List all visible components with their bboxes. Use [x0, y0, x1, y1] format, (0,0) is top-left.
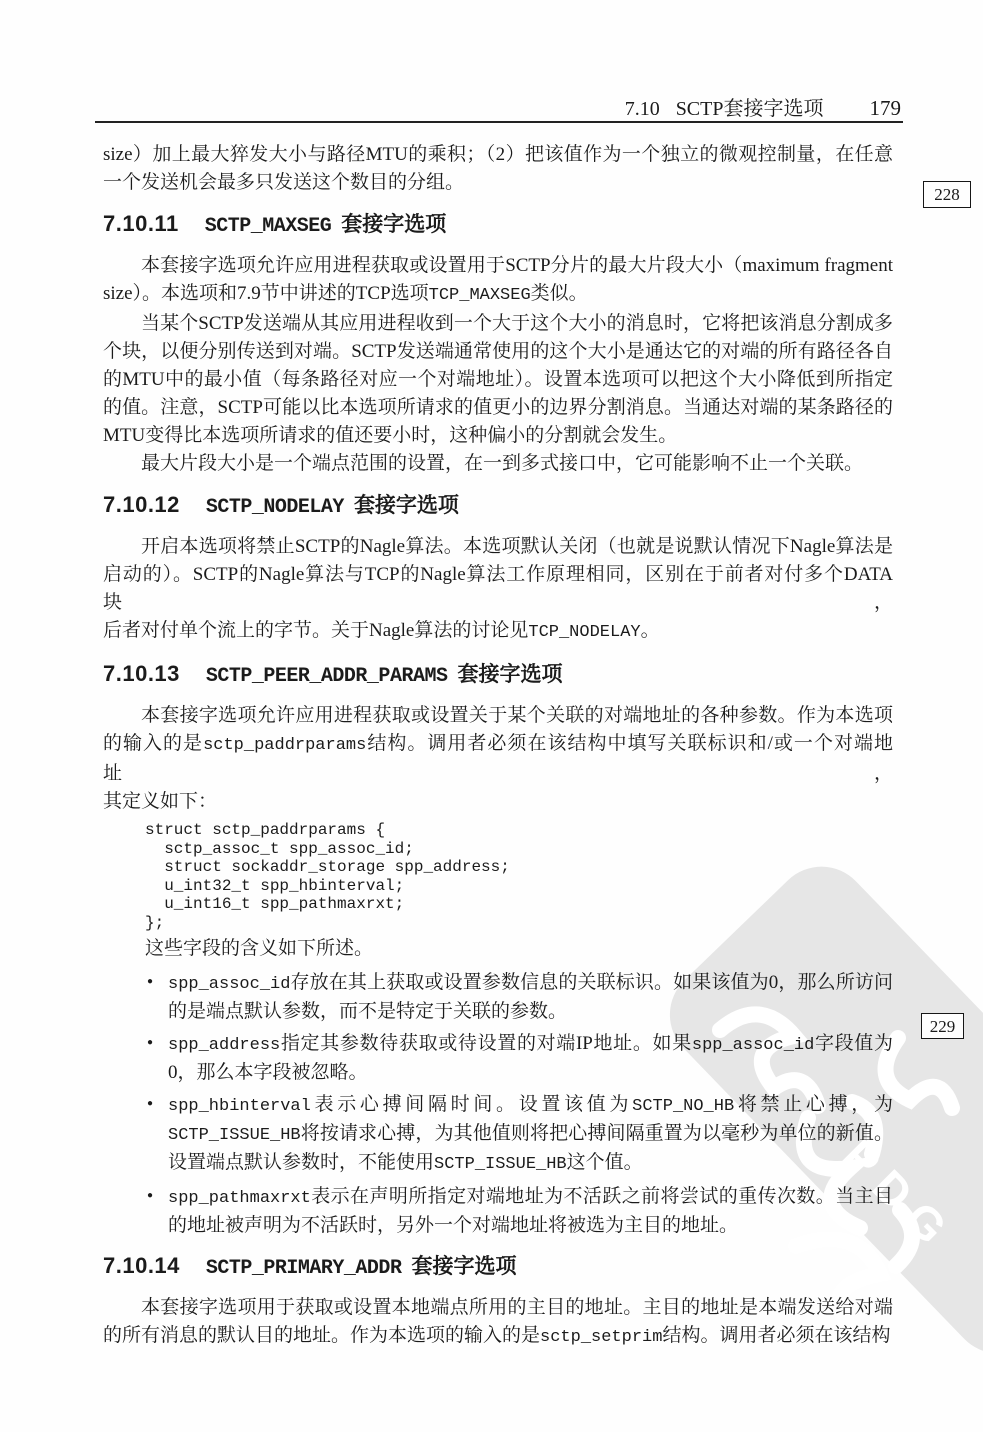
margin-note-228: 228 — [923, 181, 971, 208]
heading-code: SCTP_MAXSEG — [205, 212, 332, 242]
text-line: 的值。注意，SCTP可能以比本选项所请求的值更小的边界分割消息。当通达对端的某条… — [103, 394, 893, 422]
text-line: 的输入的是sctp_paddrparams结构。调用者必须在该结构中填写关联标识… — [103, 730, 893, 788]
text-run: 将按请求心搏，为其他值则将把心搏间隔重置为以毫秒为单位的新值。 — [301, 1123, 893, 1144]
text-line: 一个发送机会最多只发送这个数目的分组。 — [103, 169, 893, 197]
heading-code: SCTP_PRIMARY_ADDR — [206, 1254, 402, 1284]
text-run: 这些字段的含义如下所述。 — [145, 938, 373, 959]
text-run: size）。本选项和7.9节中讲述的TCP选项 — [103, 283, 429, 304]
inline-code: spp_hbinterval — [168, 1097, 311, 1116]
text-line: 的所有消息的默认目的地址。作为本选项的输入的是sctp_setprim结构。调用… — [103, 1322, 893, 1352]
code-line: struct sctp_paddrparams { — [145, 821, 893, 840]
text-run: 本套接字选项用于获取或设置本地端点所用的主目的地址。主目的地址是本端发送给对端 — [141, 1297, 893, 1318]
code-line: }; — [145, 914, 893, 933]
text-line: MTU变得比本选项所请求的值还要小时，这种偏小的分割就会发生。 — [103, 422, 893, 450]
text-line: 开启本选项将禁止SCTP的Nagle算法。本选项默认关闭（也就是说默认情况下Na… — [103, 533, 893, 561]
section-heading: 7.10.14SCTP_PRIMARY_ADDR套接字选项 — [103, 1251, 893, 1284]
page-header: 7.10 SCTP套接字选项 179 — [103, 92, 901, 121]
header-page-number: 179 — [870, 96, 902, 121]
section-heading: 7.10.11SCTP_MAXSEG套接字选项 — [103, 209, 893, 242]
list-item: ●spp_address指定其参数待获取或待设置的对端IP地址。如果spp_as… — [103, 1030, 893, 1086]
inline-code: TCP_MAXSEG — [429, 286, 531, 305]
text-line: 个块，以便分别传送到对端。SCTP发送端通常使用的这个大小是通达它的对端的所有路… — [103, 338, 893, 366]
text-run: 的MTU中的最小值（每条路径对应一个对端地址）。设置本选项可以把这个大小降低到所… — [103, 369, 893, 390]
text-run: 类似。 — [531, 283, 588, 304]
text-line: SCTP_ISSUE_HB将按请求心搏，为其他值则将把心搏间隔重置为以毫秒为单位… — [168, 1120, 893, 1149]
heading-code: SCTP_PEER_ADDR_PARAMS — [206, 662, 448, 692]
scanned-book-page: PDG 7.10 SCTP套接字选项 179 228 229 size）加上最大… — [0, 0, 983, 1432]
text-line: 其定义如下： — [103, 788, 893, 816]
section-heading: 7.10.12SCTP_NODELAY套接字选项 — [103, 490, 893, 523]
text-run: 最大片段大小是一个端点范围的设置，在一到多式接口中，它可能影响不止一个关联。 — [141, 453, 863, 474]
margin-note-label: 229 — [930, 1018, 956, 1035]
header-chapter-title: SCTP套接字选项 — [676, 92, 824, 121]
text-line: 的MTU中的最小值（每条路径对应一个对端地址）。设置本选项可以把这个大小降低到所… — [103, 366, 893, 394]
heading-number: 7.10.12 — [103, 490, 180, 520]
paragraph: 这些字段的含义如下所述。 — [145, 935, 893, 963]
text-run: 指定其参数待获取或待设置的对端IP地址。如果 — [280, 1033, 692, 1054]
code-line: struct sockaddr_storage spp_address; — [145, 858, 893, 877]
paragraph: 本套接字选项用于获取或设置本地端点所用的主目的地址。主目的地址是本端发送给对端的… — [103, 1294, 893, 1352]
heading-suffix: 套接字选项 — [341, 210, 446, 240]
text-line: 最大片段大小是一个端点范围的设置，在一到多式接口中，它可能影响不止一个关联。 — [103, 450, 893, 478]
code-block: struct sctp_paddrparams { sctp_assoc_t s… — [145, 821, 893, 932]
text-line: spp_assoc_id存放在其上获取或设置参数信息的关联标识。如果该值为0，那… — [168, 969, 893, 998]
header-rule — [95, 121, 903, 123]
heading-suffix: 套接字选项 — [411, 1252, 516, 1282]
text-run: 个块，以便分别传送到对端。SCTP发送端通常使用的这个大小是通达它的对端的所有路… — [103, 341, 893, 362]
content-flow: size）加上最大猝发大小与路径MTU的乘积；（2）把该值作为一个独立的微观控制… — [103, 141, 893, 1352]
inline-code: SCTP_ISSUE_HB — [434, 1155, 567, 1174]
heading-number: 7.10.13 — [103, 659, 180, 689]
paragraph: 本套接字选项允许应用进程获取或设置用于SCTP分片的最大片段大小（maximum… — [103, 252, 893, 310]
bullet-icon: ● — [147, 1038, 153, 1048]
text-run: 字段值为 — [814, 1033, 893, 1054]
bullet-icon: ● — [147, 977, 153, 987]
text-run: 将禁止心搏，为 — [734, 1094, 893, 1115]
text-run: 一个发送机会最多只发送这个数目的分组。 — [103, 172, 464, 193]
text-line: size）。本选项和7.9节中讲述的TCP选项TCP_MAXSEG类似。 — [103, 280, 893, 310]
bullet-list: ●spp_assoc_id存放在其上获取或设置参数信息的关联标识。如果该值为0，… — [103, 969, 893, 1239]
text-line: spp_hbinterval表示心搏间隔时间。设置该值为SCTP_NO_HB将禁… — [168, 1091, 893, 1120]
list-item: ●spp_hbinterval表示心搏间隔时间。设置该值为SCTP_NO_HB将… — [103, 1091, 893, 1178]
text-line: 的是端点默认参数，而不是特定于关联的参数。 — [168, 998, 893, 1025]
text-run: MTU变得比本选项所请求的值还要小时，这种偏小的分割就会发生。 — [103, 425, 677, 446]
text-run: 启动的）。SCTP的Nagle算法与TCP的Nagle算法工作原理相同，区别在于… — [103, 564, 893, 613]
code-line: sctp_assoc_t spp_assoc_id; — [145, 840, 893, 859]
text-line: 启动的）。SCTP的Nagle算法与TCP的Nagle算法工作原理相同，区别在于… — [103, 561, 893, 617]
text-line: 本套接字选项允许应用进程获取或设置用于SCTP分片的最大片段大小（maximum… — [103, 252, 893, 280]
text-line: 当某个SCTP发送端从其应用进程收到一个大于这个大小的消息时，它将把该消息分割成… — [103, 310, 893, 338]
margin-note-label: 228 — [934, 186, 960, 203]
bullet-icon: ● — [147, 1191, 153, 1201]
paragraph: size）加上最大猝发大小与路径MTU的乘积；（2）把该值作为一个独立的微观控制… — [103, 141, 893, 197]
paragraph: 开启本选项将禁止SCTP的Nagle算法。本选项默认关闭（也就是说默认情况下Na… — [103, 533, 893, 647]
text-run: 本套接字选项允许应用进程获取或设置用于SCTP分片的最大片段大小（maximum… — [141, 255, 893, 276]
text-run: 本套接字选项允许应用进程获取或设置关于某个关联的对端地址的各种参数。作为本选项 — [141, 705, 893, 726]
section-heading: 7.10.13SCTP_PEER_ADDR_PARAMS套接字选项 — [103, 659, 893, 692]
paragraph: 本套接字选项允许应用进程获取或设置关于某个关联的对端地址的各种参数。作为本选项的… — [103, 702, 893, 816]
heading-code: SCTP_NODELAY — [206, 493, 344, 523]
text-run: 设置端点默认参数时，不能使用 — [168, 1152, 434, 1173]
text-run: 0，那么本字段被忽略。 — [168, 1062, 368, 1083]
text-run: 后者对付单个流上的字节。关于Nagle算法的讨论见 — [103, 620, 528, 641]
text-run: size）加上最大猝发大小与路径MTU的乘积；（2）把该值作为一个独立的微观控制… — [103, 144, 893, 165]
text-run: 开启本选项将禁止SCTP的Nagle算法。本选项默认关闭（也就是说默认情况下Na… — [141, 536, 893, 557]
text-run: 的所有消息的默认目的地址。作为本选项的输入的是 — [103, 1325, 540, 1346]
text-line: 这些字段的含义如下所述。 — [145, 935, 893, 963]
text-run: 的值。注意，SCTP可能以比本选项所请求的值更小的边界分割消息。当通达对端的某条… — [103, 397, 893, 418]
text-run: 的输入的是 — [103, 733, 203, 754]
text-line: 的地址被声明为不活跃时，另外一个对端地址将被选为主目的地址。 — [168, 1212, 893, 1239]
text-line: size）加上最大猝发大小与路径MTU的乘积；（2）把该值作为一个独立的微观控制… — [103, 141, 893, 169]
text-line: 本套接字选项允许应用进程获取或设置关于某个关联的对端地址的各种参数。作为本选项 — [103, 702, 893, 730]
list-item: ●spp_assoc_id存放在其上获取或设置参数信息的关联标识。如果该值为0，… — [103, 969, 893, 1025]
margin-note-229: 229 — [921, 1013, 964, 1039]
text-run: 表示心搏间隔时间。设置该值为 — [311, 1094, 632, 1115]
text-run: 的是端点默认参数，而不是特定于关联的参数。 — [168, 1001, 567, 1022]
text-run: 。 — [641, 620, 660, 641]
inline-code: spp_pathmaxrxt — [168, 1189, 311, 1208]
list-item: ●spp_pathmaxrxt表示在声明所指定对端地址为不活跃之前将尝试的重传次… — [103, 1183, 893, 1239]
inline-code: spp_assoc_id — [168, 975, 290, 994]
heading-number: 7.10.14 — [103, 1251, 180, 1281]
text-line: spp_pathmaxrxt表示在声明所指定对端地址为不活跃之前将尝试的重传次数… — [168, 1183, 893, 1212]
text-run: 表示在声明所指定对端地址为不活跃之前将尝试的重传次数。当主目 — [311, 1186, 893, 1207]
paragraph: 最大片段大小是一个端点范围的设置，在一到多式接口中，它可能影响不止一个关联。 — [103, 450, 893, 478]
text-line: 设置端点默认参数时，不能使用SCTP_ISSUE_HB这个值。 — [168, 1149, 893, 1178]
text-line: 本套接字选项用于获取或设置本地端点所用的主目的地址。主目的地址是本端发送给对端 — [103, 1294, 893, 1322]
code-line: u_int16_t spp_pathmaxrxt; — [145, 895, 893, 914]
inline-code: spp_assoc_id — [692, 1036, 814, 1055]
text-run: 这个值。 — [567, 1152, 643, 1173]
text-run: 的地址被声明为不活跃时，另外一个对端地址将被选为主目的地址。 — [168, 1215, 738, 1236]
inline-code: TCP_NODELAY — [528, 623, 640, 642]
text-line: 0，那么本字段被忽略。 — [168, 1059, 893, 1086]
heading-number: 7.10.11 — [103, 209, 179, 239]
code-line: u_int32_t spp_hbinterval; — [145, 877, 893, 896]
heading-suffix: 套接字选项 — [457, 660, 562, 690]
text-run: 其定义如下： — [103, 791, 217, 812]
text-run: 结构。调用者必须在该结构 — [662, 1325, 890, 1346]
text-run: 当某个SCTP发送端从其应用进程收到一个大于这个大小的消息时，它将把该消息分割成… — [141, 313, 893, 334]
paragraph: 当某个SCTP发送端从其应用进程收到一个大于这个大小的消息时，它将把该消息分割成… — [103, 310, 893, 450]
text-run: 存放在其上获取或设置参数信息的关联标识。如果该值为0，那么所访问 — [290, 972, 893, 993]
inline-code: sctp_paddrparams — [203, 736, 366, 755]
inline-code: SCTP_NO_HB — [632, 1097, 734, 1116]
text-line: spp_address指定其参数待获取或待设置的对端IP地址。如果spp_ass… — [168, 1030, 893, 1059]
bullet-icon: ● — [147, 1099, 153, 1109]
inline-code: spp_address — [168, 1036, 280, 1055]
text-line: 后者对付单个流上的字节。关于Nagle算法的讨论见TCP_NODELAY。 — [103, 617, 893, 647]
inline-code: SCTP_ISSUE_HB — [168, 1126, 301, 1145]
inline-code: sctp_setprim — [540, 1328, 662, 1347]
header-section-number: 7.10 — [625, 98, 660, 121]
heading-suffix: 套接字选项 — [354, 491, 459, 521]
